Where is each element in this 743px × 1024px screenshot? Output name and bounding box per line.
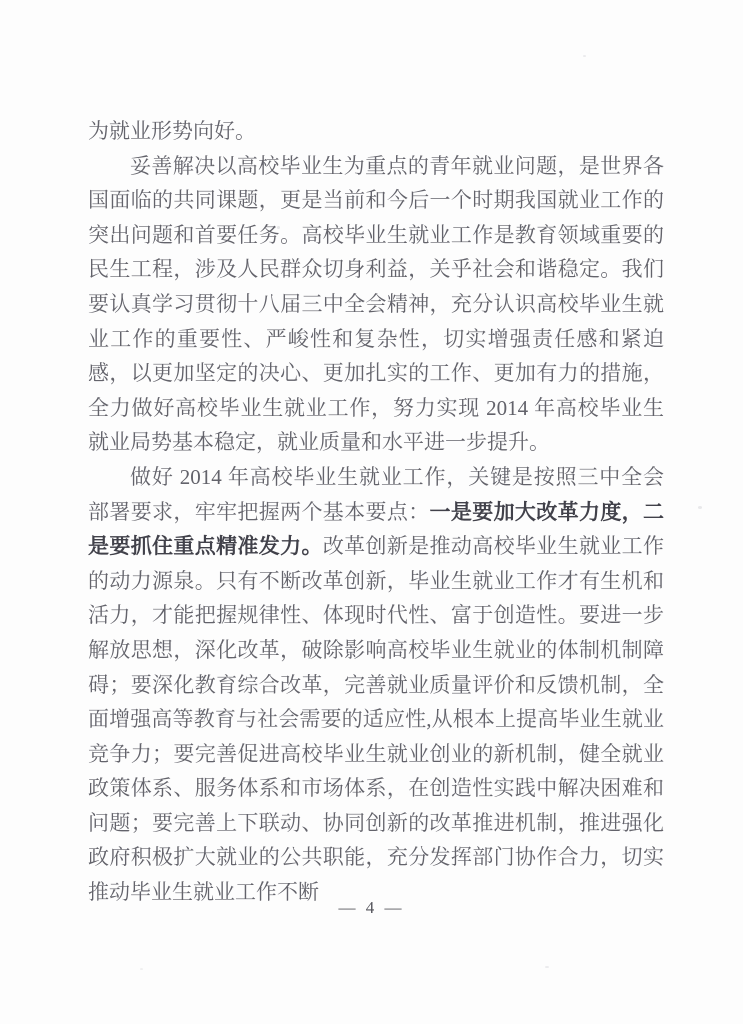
scan-speck xyxy=(545,966,549,968)
paragraph: 做好 2014 年高校毕业生就业工作，关键是按照三中全会部署要求，牢牢把握两个基… xyxy=(88,460,664,910)
paragraph-text: 为就业形势向好。 xyxy=(88,119,256,143)
scan-speck xyxy=(583,55,586,57)
scan-speck xyxy=(140,968,143,970)
paragraph: 妥善解决以高校毕业生为重点的青年就业问题，是世界各国面临的共同课题，更是当前和今… xyxy=(88,149,664,460)
scan-speck xyxy=(277,226,280,229)
paragraph: 为就业形势向好。 xyxy=(88,114,664,149)
document-page: 为就业形势向好。 妥善解决以高校毕业生为重点的青年就业问题，是世界各国面临的共同… xyxy=(0,0,743,1024)
paragraph-text: 妥善解决以高校毕业生为重点的青年就业问题，是世界各国面临的共同课题，更是当前和今… xyxy=(88,154,664,455)
document-body: 为就业形势向好。 妥善解决以高校毕业生为重点的青年就业问题，是世界各国面临的共同… xyxy=(88,114,664,910)
scan-speck xyxy=(698,506,702,509)
paragraph-text: 改革创新是推动高校毕业生就业工作的动力源泉。只有不断改革创新，毕业生就业工作才有… xyxy=(88,534,664,904)
page-number: — 4 — xyxy=(0,898,743,918)
